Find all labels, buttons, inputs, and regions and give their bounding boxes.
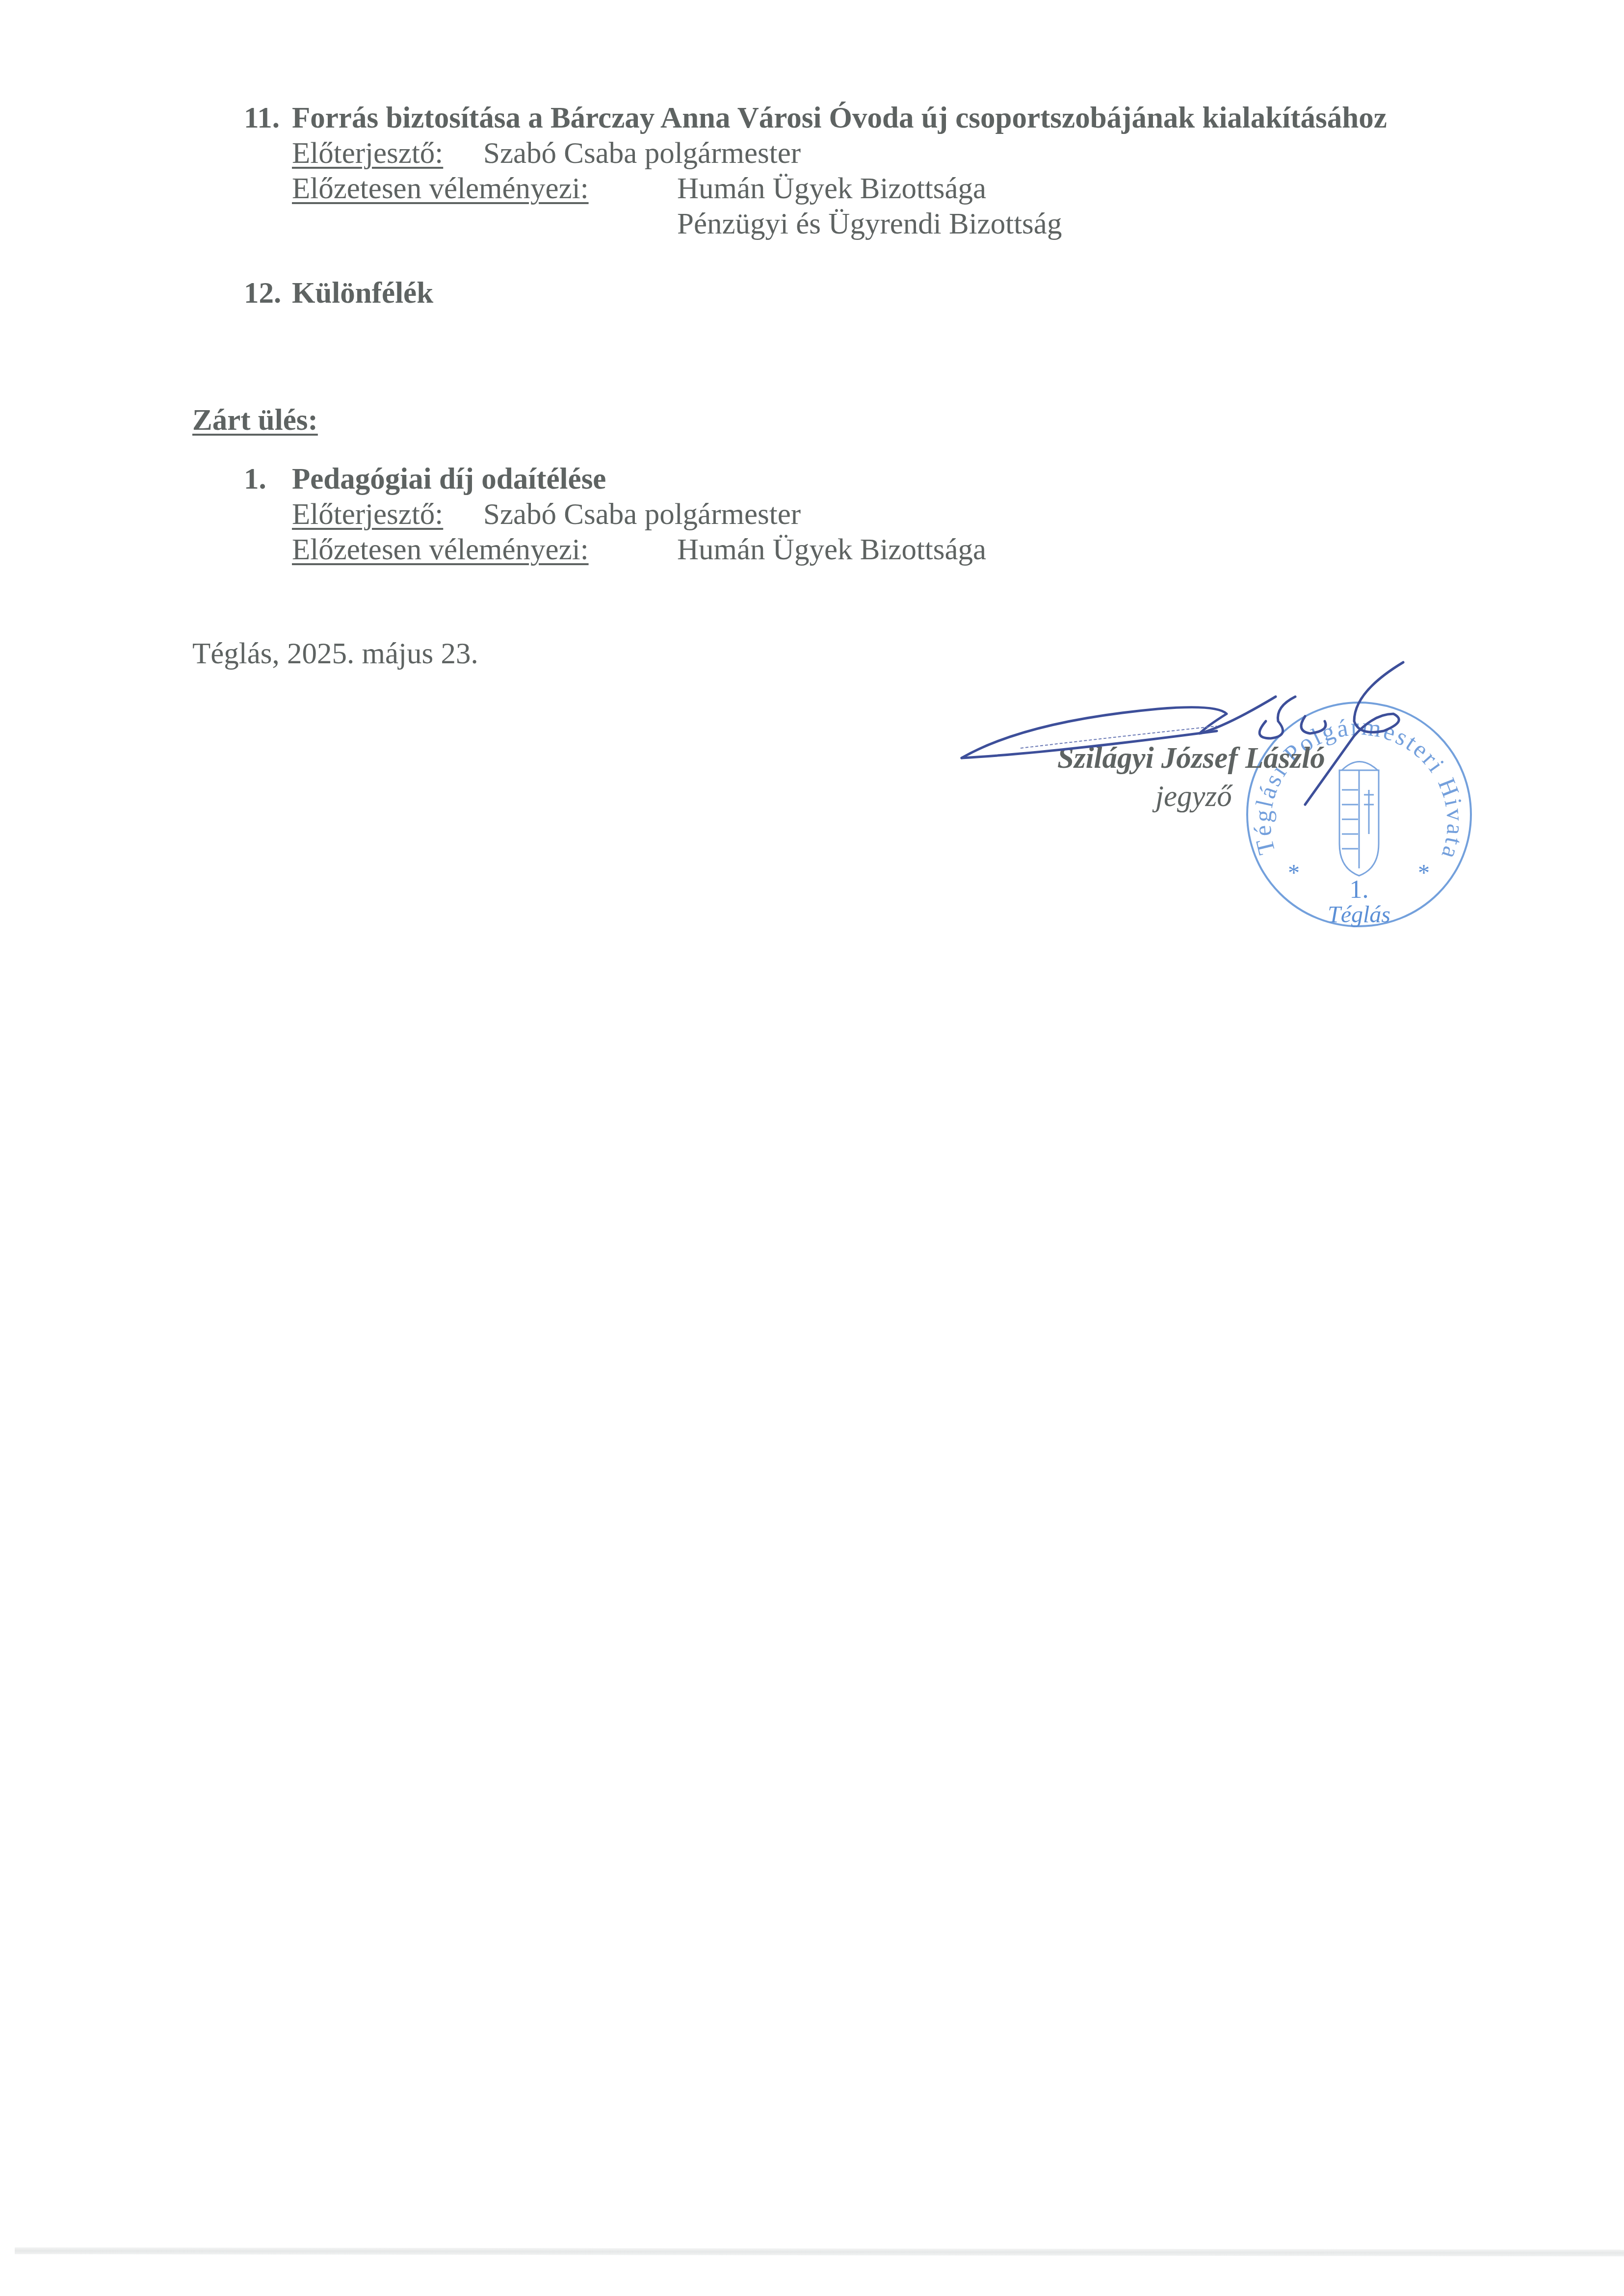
item-11-reviewer-2: Pénzügyi és Ügyrendi Bizottság bbox=[677, 209, 1062, 239]
stamp-number: 1. bbox=[1350, 876, 1369, 904]
stamp-city: Téglás bbox=[1328, 902, 1390, 928]
item-11-presenter: Szabó Csaba polgármester bbox=[483, 138, 801, 168]
item-11-presenter-label: Előterjesztő: bbox=[292, 138, 443, 168]
closed-item-1-presenter: Szabó Csaba polgármester bbox=[483, 499, 801, 529]
closed-item-1-presenter-label: Előterjesztő: bbox=[292, 499, 443, 529]
closed-session-heading: Zárt ülés: bbox=[192, 405, 318, 435]
scan-artifact-band bbox=[15, 2247, 1624, 2257]
closed-item-1-number: 1. bbox=[244, 464, 266, 494]
item-12-number: 12. bbox=[244, 278, 281, 308]
handwritten-signature bbox=[952, 652, 1442, 809]
item-11-reviewer-1: Humán Ügyek Bizottsága bbox=[677, 174, 986, 204]
item-11-reviewer-label: Előzetesen véleményezi: bbox=[292, 174, 589, 204]
closed-item-1-title: Pedagógiai díj odaítélése bbox=[292, 464, 606, 494]
item-11-number: 11. bbox=[244, 103, 280, 133]
closed-item-1-reviewer-label: Előzetesen véleményezi: bbox=[292, 535, 589, 565]
item-11-title: Forrás biztosítása a Bárczay Anna Városi… bbox=[292, 103, 1387, 133]
closed-item-1-reviewer-1: Humán Ügyek Bizottsága bbox=[677, 535, 986, 565]
stamp-star-right: * bbox=[1418, 860, 1430, 886]
date-line: Téglás, 2025. május 23. bbox=[192, 639, 478, 669]
item-12-title: Különfélék bbox=[292, 278, 433, 308]
stamp-star-left: * bbox=[1288, 860, 1300, 886]
